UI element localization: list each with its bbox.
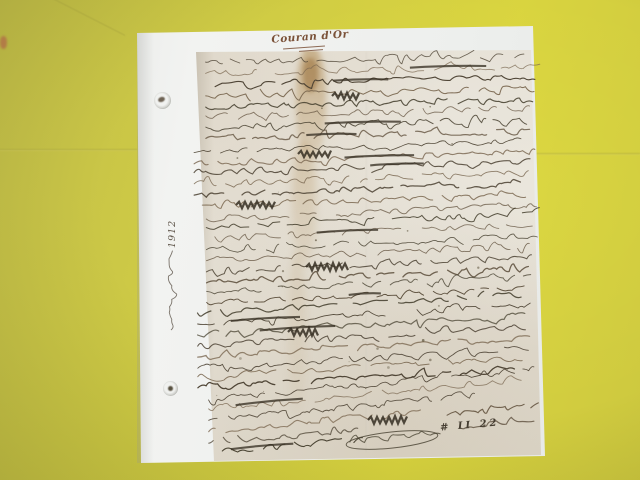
handwriting-layer bbox=[0, 0, 640, 480]
margin-date-note: 1912 bbox=[167, 220, 178, 248]
manuscript-photo: Couran d'Or 1912 # II 22 bbox=[0, 0, 640, 480]
